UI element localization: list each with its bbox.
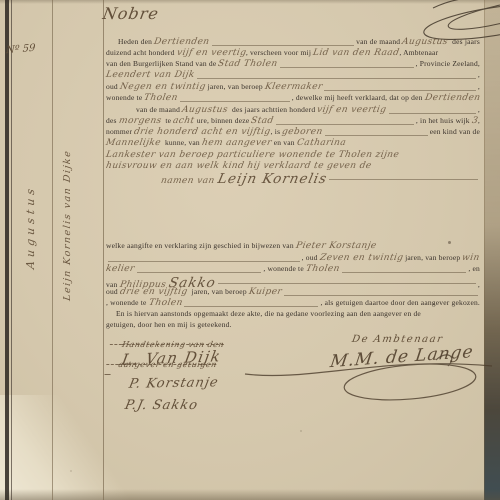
- blank-rule: [389, 112, 476, 114]
- document-line: nommer drie honderd acht en vijftig, is …: [106, 127, 480, 138]
- handwritten-text: vijf en veertig: [316, 105, 387, 115]
- document-line: van Philippus Sakko,: [106, 275, 480, 286]
- signature-declarant: L. Van Dijk: [120, 347, 223, 369]
- handwritten-text: Stad: [251, 116, 275, 126]
- printed-text: oud: [106, 287, 120, 296]
- register-page: Nobre Nº 59 Augustus Leijn Kornelis van …: [0, 0, 500, 500]
- printed-text: En is hiervan aanstonds opgemaakt deze a…: [116, 309, 421, 318]
- handwritten-text: Lankester van beroep particuliere wonend…: [105, 150, 400, 160]
- blank-rule: [284, 294, 478, 296]
- blank-rule: [212, 44, 355, 46]
- margin-child-name-vertical: Leijn Kornelis van Dijke: [62, 149, 73, 302]
- printed-text: , Ambtenaar: [399, 48, 438, 57]
- document-line: , wonende te Tholen, als getuigen daarto…: [106, 298, 480, 309]
- page-corner-highlight: [0, 395, 130, 500]
- handwritten-text: win: [462, 253, 481, 263]
- blank-rule: [325, 134, 428, 136]
- handwritten-text: 3: [471, 116, 479, 126]
- printed-text: ure, binnen deze: [195, 116, 252, 125]
- printed-text: getuigen, door hen en mij is geteekend.: [106, 320, 232, 329]
- handwritten-text: Tholen: [148, 298, 183, 308]
- printed-text: , verscheen voor mij: [246, 48, 313, 57]
- blank-rule: [108, 260, 300, 262]
- printed-text: ,: [478, 105, 480, 114]
- printed-text: Heden den: [118, 37, 154, 46]
- handwritten-text: acht: [172, 116, 195, 126]
- binding-rule: [5, 0, 9, 500]
- margin-column-rule-1: [52, 0, 53, 500]
- margin-month-vertical: Augustus: [24, 184, 37, 270]
- handwritten-text: Pieter Korstanje: [295, 241, 377, 251]
- printed-text: een kind van de: [430, 127, 480, 136]
- blank-rule: [329, 178, 478, 180]
- document-line: Leendert van Dijk,: [106, 70, 480, 81]
- printed-text: nommer: [106, 127, 134, 136]
- printed-text: ,: [478, 82, 480, 91]
- printed-text: van de maand: [136, 105, 182, 114]
- handwritten-text: Tholen: [305, 264, 340, 274]
- handwritten-text: Leijn Kornelis: [216, 171, 328, 187]
- blank-rule: [324, 89, 475, 91]
- official-title: De Ambtenaar: [351, 334, 444, 345]
- printed-text: , wonende te: [263, 264, 306, 273]
- printed-text: des: [106, 116, 119, 125]
- handwritten-text: Negen en twintig: [119, 82, 206, 92]
- top-margin-note: Nobre: [101, 4, 160, 23]
- printed-text: van de maand: [356, 37, 402, 46]
- printed-text: des jaars achttien honderd: [228, 105, 318, 114]
- handwritten-text: Kuiper: [248, 287, 283, 297]
- handwritten-text: Tholen: [144, 93, 179, 103]
- handwritten-text: Catharina: [296, 138, 347, 148]
- handwritten-text: geboren: [281, 127, 323, 137]
- handwritten-text: Mannelijke: [105, 138, 162, 148]
- bottom-edge-shadow: [0, 489, 500, 500]
- handwritten-text: kelier: [105, 264, 135, 274]
- blank-rule: [218, 282, 476, 284]
- handwritten-text: Augustus: [181, 105, 228, 115]
- handwritten-text: namen van: [160, 176, 219, 186]
- printed-text: jaren, van beroep: [206, 82, 265, 91]
- document-line: oud Negen en twintig jaren, van beroep K…: [106, 82, 480, 93]
- document-line: van de maand Augustus des jaars achttien…: [106, 105, 480, 116]
- blank-rule: [280, 66, 414, 68]
- ink-speck: [70, 470, 72, 472]
- document-line: duizend acht honderd vijf en veertig, ve…: [106, 48, 480, 59]
- blank-rule: [342, 271, 467, 273]
- printed-text: van den Burgerlijken Stand van de: [106, 59, 218, 68]
- handwritten-text: Dertienden: [424, 93, 481, 103]
- signature-flourish-bottom-icon: [240, 352, 500, 437]
- handwritten-text: Dertienden: [153, 37, 210, 47]
- handwritten-text: Kleermaker: [264, 82, 323, 92]
- printed-text: jaren, van beroep: [187, 287, 248, 296]
- printed-text: , als getuigen daartoe door den aangever…: [320, 298, 480, 307]
- handwritten-text: hem aangever: [201, 138, 272, 148]
- blank-rule: [137, 271, 262, 273]
- signature-witness-2: P.J. Sakko: [123, 398, 199, 413]
- document-line: Lankester van beroep particuliere wonend…: [106, 150, 480, 161]
- handwritten-text: huisvrouw en aan welk kind hij verklaard…: [105, 161, 372, 171]
- printed-text: , wonende te: [106, 298, 149, 307]
- handwritten-text: drie en vijftig: [119, 287, 188, 297]
- document-line: des morgens te acht ure, binnen deze Sta…: [106, 116, 480, 127]
- printed-text: kunne, van: [161, 138, 202, 147]
- handwritten-text: Augustus: [401, 37, 448, 47]
- blank-rule: [197, 77, 476, 79]
- printed-text: , en: [468, 264, 480, 273]
- signature-witness-1: P. Korstanje: [128, 375, 220, 392]
- binding-rule-inner: [11, 0, 12, 500]
- blank-rule: [276, 123, 414, 125]
- handwritten-text: morgens: [118, 116, 162, 126]
- printed-text: duizend acht honderd: [106, 48, 177, 57]
- act-number: Nº 59: [6, 43, 36, 57]
- blank-rule: [184, 305, 318, 307]
- handwritten-text: Stad Tholen: [218, 59, 279, 69]
- handwritten-text: Zeven en twintig: [319, 253, 404, 263]
- printed-text: jaren, van beroep: [403, 253, 462, 262]
- document-line: oud drie en vijftig jaren, van beroep Ku…: [106, 287, 480, 298]
- printed-text: des jaars: [448, 37, 480, 46]
- document-line: kelier, wonende te Tholen, en: [106, 264, 480, 275]
- document-line: Heden den Dertiendenvan de maand Augustu…: [106, 37, 480, 48]
- handwritten-text: Lid van den Raad: [312, 48, 400, 58]
- printed-text: ,: [478, 70, 480, 79]
- handwritten-text: drie honderd acht en vijftig: [133, 127, 271, 137]
- printed-text: en van: [272, 138, 297, 147]
- document-line: welke aangifte en verklaring zijn geschi…: [106, 241, 480, 252]
- printed-text: oud: [106, 82, 120, 91]
- handwritten-text: vijf en veertig: [176, 48, 247, 58]
- printed-text: , Provincie Zeeland,: [416, 59, 480, 68]
- printed-text: , dewelke mij heeft verklaard, dat op de…: [292, 93, 425, 102]
- document-line: En is hiervan aanstonds opgemaakt deze a…: [106, 309, 480, 320]
- blank-rule: [180, 100, 290, 102]
- printed-text: welke aangifte en verklaring zijn geschi…: [106, 241, 296, 250]
- document-line: , oud Zeven en twintig jaren, van beroep…: [106, 253, 480, 264]
- document-line: namen van Leijn Kornelis: [106, 171, 480, 182]
- printed-text: , oud: [302, 253, 320, 262]
- handwritten-text: Leendert van Dijk: [105, 70, 195, 80]
- printed-text: wonende te: [106, 93, 144, 102]
- document-line: van den Burgerlijken Stand van de Stad T…: [106, 59, 480, 70]
- margin-column-rule-2: [103, 0, 104, 500]
- document-line: Mannelijke kunne, van hem aangever en va…: [106, 138, 480, 149]
- printed-text: , in het huis wijk: [416, 116, 472, 125]
- document-line: wonende te Tholen, dewelke mij heeft ver…: [106, 93, 480, 104]
